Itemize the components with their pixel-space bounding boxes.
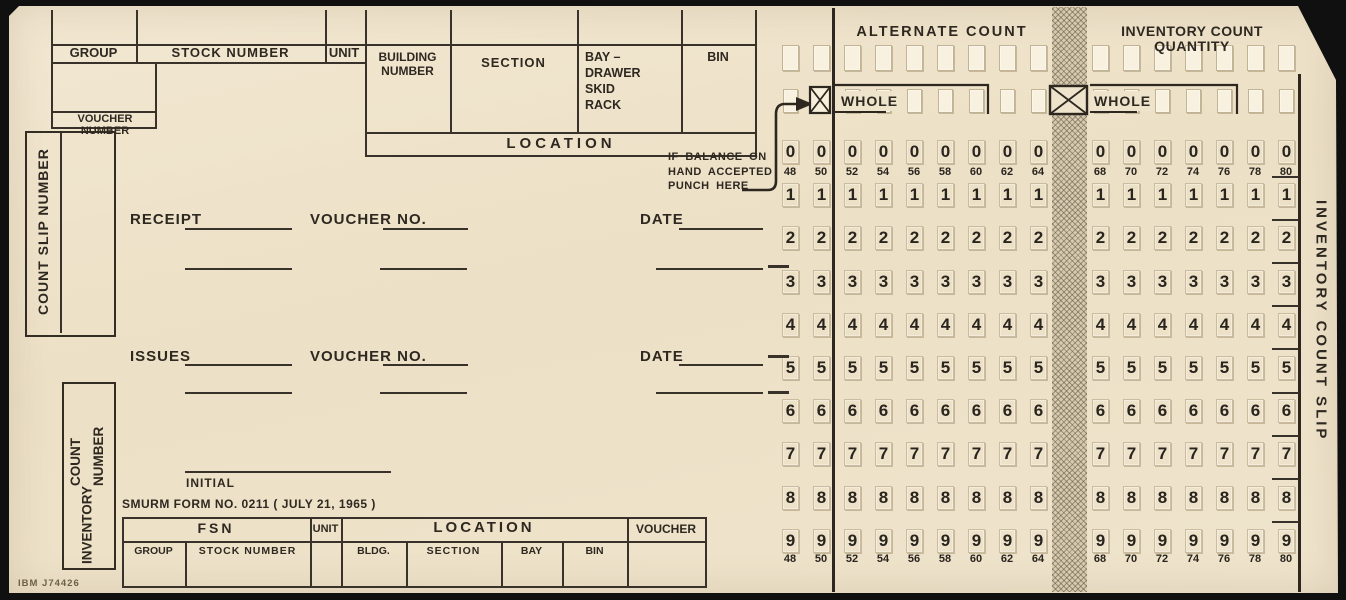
column-number-top-64: 64 (1026, 166, 1050, 178)
punch-cell-58-5: 5 (937, 356, 954, 380)
margin-tick (768, 391, 789, 394)
punch-cell-48-4: 4 (782, 313, 799, 337)
punch-cell-48-8: 8 (782, 486, 799, 510)
punch-cell-62-7: 7 (999, 442, 1016, 466)
punch-cell-78-1: 1 (1247, 183, 1264, 207)
punch-zone-whole-72 (1155, 89, 1170, 113)
punch-cell-72-2: 2 (1154, 226, 1171, 250)
row-tick (1272, 392, 1299, 394)
column-number-bottom-78: 78 (1243, 553, 1267, 565)
punch-cell-70-4: 4 (1123, 313, 1140, 337)
punch-cell-56-7: 7 (906, 442, 923, 466)
punch-cell-60-0: 0 (968, 140, 985, 164)
whole-label-left: WHOLE (838, 91, 901, 111)
voucher-number-label: VOUCHER NUMBER (53, 113, 157, 137)
inventory-count-number-title: INVENTORYCOUNT NUMBER (64, 384, 110, 564)
punch-cell-80-4: 4 (1278, 313, 1295, 337)
punch-cell-72-7: 7 (1154, 442, 1171, 466)
punch-cell-76-8: 8 (1216, 486, 1233, 510)
punch-cell-62-6: 6 (999, 399, 1016, 423)
column-number-top-76: 76 (1212, 166, 1236, 178)
punch-cell-68-3: 3 (1092, 270, 1109, 294)
punch-cell-72-9: 9 (1154, 529, 1171, 553)
scanned-punch-card-page: GROUP STOCK NUMBER UNIT VOUCHER NUMBER B… (0, 0, 1346, 600)
punch-cell-64-8: 8 (1030, 486, 1047, 510)
punch-cell-52-6: 6 (844, 399, 861, 423)
punch-cell-80-7: 7 (1278, 442, 1295, 466)
punch-cell-74-7: 7 (1185, 442, 1202, 466)
punch-cell-62-4: 4 (999, 313, 1016, 337)
punch-cell-68-0: 0 (1092, 140, 1109, 164)
punch-cell-80-0: 0 (1278, 140, 1295, 164)
punch-cell-54-6: 6 (875, 399, 892, 423)
punch-cell-70-2: 2 (1123, 226, 1140, 250)
punch-zone-top-48 (782, 45, 799, 71)
punch-cell-76-5: 5 (1216, 356, 1233, 380)
column-number-bottom-70: 70 (1119, 553, 1143, 565)
punch-cell-52-1: 1 (844, 183, 861, 207)
punch-cell-58-7: 7 (937, 442, 954, 466)
punch-cell-68-7: 7 (1092, 442, 1109, 466)
punch-cell-52-9: 9 (844, 529, 861, 553)
footer-bay-label: BAY (501, 546, 562, 558)
column-number-bottom-52: 52 (840, 553, 864, 565)
punch-cell-54-9: 9 (875, 529, 892, 553)
row-tick (1272, 219, 1299, 221)
inventory-count-slip-title: INVENTORY COUNT SLIP (1303, 200, 1337, 450)
punch-cell-70-7: 7 (1123, 442, 1140, 466)
punch-cell-78-8: 8 (1247, 486, 1264, 510)
punch-zone-whole-62 (1000, 89, 1015, 113)
column-number-top-74: 74 (1181, 166, 1205, 178)
punch-cell-68-6: 6 (1092, 399, 1109, 423)
punch-cell-68-8: 8 (1092, 486, 1109, 510)
row-tick (1272, 521, 1299, 523)
column-number-bottom-56: 56 (902, 553, 926, 565)
punch-cell-64-7: 7 (1030, 442, 1047, 466)
punch-cell-68-4: 4 (1092, 313, 1109, 337)
punch-cell-76-9: 9 (1216, 529, 1233, 553)
punch-cell-74-9: 9 (1185, 529, 1202, 553)
punch-cell-60-3: 3 (968, 270, 985, 294)
punch-cell-58-1: 1 (937, 183, 954, 207)
punch-cell-76-0: 0 (1216, 140, 1233, 164)
punch-cell-58-3: 3 (937, 270, 954, 294)
punch-cell-48-1: 1 (782, 183, 799, 207)
footer-bldg-label: BLDG. (341, 546, 406, 558)
punch-cell-78-7: 7 (1247, 442, 1264, 466)
punch-cell-80-3: 3 (1278, 270, 1295, 294)
punch-cell-76-2: 2 (1216, 226, 1233, 250)
manufacturer-code: IBM J74426 (18, 579, 80, 589)
issues-date-label: DATE (640, 349, 684, 366)
punch-cell-62-1: 1 (999, 183, 1016, 207)
punch-cell-60-7: 7 (968, 442, 985, 466)
inventory-count-quantity-title: INVENTORY COUNT QUANTITY (1088, 24, 1296, 55)
punch-cell-56-6: 6 (906, 399, 923, 423)
punch-cell-50-0: 0 (813, 140, 830, 164)
punch-cell-72-4: 4 (1154, 313, 1171, 337)
footer-stock-number-label: STOCK NUMBER (185, 546, 310, 558)
punch-cell-76-6: 6 (1216, 399, 1233, 423)
column-number-top-52: 52 (840, 166, 864, 178)
footer-section-label: SECTION (406, 546, 501, 558)
punch-zone-top-60 (968, 45, 985, 71)
punch-cell-64-5: 5 (1030, 356, 1047, 380)
punch-cell-50-5: 5 (813, 356, 830, 380)
punch-cell-56-0: 0 (906, 140, 923, 164)
punch-cell-74-8: 8 (1185, 486, 1202, 510)
punch-cell-74-6: 6 (1185, 399, 1202, 423)
punch-cell-70-8: 8 (1123, 486, 1140, 510)
punch-cell-68-9: 9 (1092, 529, 1109, 553)
column-number-bottom-48: 48 (778, 553, 802, 565)
punch-zone-whole-78 (1248, 89, 1263, 113)
column-number-bottom-54: 54 (871, 553, 895, 565)
punch-cell-64-9: 9 (1030, 529, 1047, 553)
receipt-voucher-no-label: VOUCHER NO. (310, 212, 427, 229)
punch-cell-80-1: 1 (1278, 183, 1295, 207)
punch-cell-70-3: 3 (1123, 270, 1140, 294)
punch-cell-64-1: 1 (1030, 183, 1047, 207)
column-number-top-72: 72 (1150, 166, 1174, 178)
punch-zone-whole-80 (1279, 89, 1294, 113)
column-number-top-62: 62 (995, 166, 1019, 178)
punch-cell-70-9: 9 (1123, 529, 1140, 553)
punch-cell-60-6: 6 (968, 399, 985, 423)
punch-cell-58-8: 8 (937, 486, 954, 510)
punch-zone-top-56 (906, 45, 923, 71)
punch-cell-68-5: 5 (1092, 356, 1109, 380)
building-number-label: BUILDING NUMBER (365, 50, 450, 78)
column-number-bottom-74: 74 (1181, 553, 1205, 565)
punch-zone-whole-76 (1217, 89, 1232, 113)
punch-cell-70-5: 5 (1123, 356, 1140, 380)
punch-zone-whole-50 (814, 89, 829, 113)
punch-cell-72-5: 5 (1154, 356, 1171, 380)
punch-cell-76-1: 1 (1216, 183, 1233, 207)
punch-cell-72-1: 1 (1154, 183, 1171, 207)
punch-cell-58-9: 9 (937, 529, 954, 553)
punch-cell-50-3: 3 (813, 270, 830, 294)
footer-location-label: LOCATION (341, 520, 627, 537)
footer-bin-label: BIN (562, 546, 627, 558)
punch-zone-whole-58 (938, 89, 953, 113)
column-number-bottom-64: 64 (1026, 553, 1050, 565)
punch-cell-48-5: 5 (782, 356, 799, 380)
punch-cell-78-2: 2 (1247, 226, 1264, 250)
punch-zone-top-54 (875, 45, 892, 71)
header-stock-number-label: STOCK NUMBER (136, 46, 325, 60)
punch-zone-top-50 (813, 45, 830, 71)
punch-cell-62-0: 0 (999, 140, 1016, 164)
punch-cell-64-3: 3 (1030, 270, 1047, 294)
punch-cell-80-2: 2 (1278, 226, 1295, 250)
column-number-bottom-80: 80 (1274, 553, 1298, 565)
punch-cell-56-3: 3 (906, 270, 923, 294)
whole-label-right: WHOLE (1091, 91, 1154, 111)
row-tick (1272, 435, 1299, 437)
punch-cell-74-3: 3 (1185, 270, 1202, 294)
punch-cell-72-3: 3 (1154, 270, 1171, 294)
punch-cell-52-8: 8 (844, 486, 861, 510)
punch-cell-56-5: 5 (906, 356, 923, 380)
punch-cell-58-2: 2 (937, 226, 954, 250)
footer-voucher-label: VOUCHER (627, 523, 705, 536)
punch-cell-64-4: 4 (1030, 313, 1047, 337)
punch-cell-54-1: 1 (875, 183, 892, 207)
punch-cell-80-6: 6 (1278, 399, 1295, 423)
punch-zone-whole-56 (907, 89, 922, 113)
punch-cell-78-6: 6 (1247, 399, 1264, 423)
punch-cell-78-9: 9 (1247, 529, 1264, 553)
column-number-top-54: 54 (871, 166, 895, 178)
row-tick (1272, 305, 1299, 307)
balance-punch-annotation: IF BALANCE ON HAND ACCEPTED PUNCH HERE (668, 150, 772, 194)
punch-cell-56-1: 1 (906, 183, 923, 207)
punch-cell-52-7: 7 (844, 442, 861, 466)
punch-cell-72-8: 8 (1154, 486, 1171, 510)
punch-cell-70-1: 1 (1123, 183, 1140, 207)
punch-cell-58-6: 6 (937, 399, 954, 423)
punch-zone-top-58 (937, 45, 954, 71)
punch-cell-54-2: 2 (875, 226, 892, 250)
count-slip-number-title: COUNT SLIP NUMBER (27, 133, 60, 331)
punch-cell-56-2: 2 (906, 226, 923, 250)
margin-tick (768, 355, 789, 358)
punch-cell-48-2: 2 (782, 226, 799, 250)
punch-cell-52-5: 5 (844, 356, 861, 380)
punch-cell-58-4: 4 (937, 313, 954, 337)
column-number-top-70: 70 (1119, 166, 1143, 178)
punch-cell-60-8: 8 (968, 486, 985, 510)
punch-cell-50-1: 1 (813, 183, 830, 207)
column-number-top-56: 56 (902, 166, 926, 178)
punch-cell-48-3: 3 (782, 270, 799, 294)
punch-cell-70-0: 0 (1123, 140, 1140, 164)
column-number-bottom-58: 58 (933, 553, 957, 565)
punch-cell-76-4: 4 (1216, 313, 1233, 337)
punch-cell-76-3: 3 (1216, 270, 1233, 294)
punch-cell-64-6: 6 (1030, 399, 1047, 423)
punch-cell-48-6: 6 (782, 399, 799, 423)
column-number-top-68: 68 (1088, 166, 1112, 178)
column-number-top-60: 60 (964, 166, 988, 178)
punch-cell-64-2: 2 (1030, 226, 1047, 250)
punch-cell-78-0: 0 (1247, 140, 1264, 164)
header-unit-label: UNIT (323, 46, 365, 60)
header-group-label: GROUP (51, 46, 136, 60)
punch-cell-48-9: 9 (782, 529, 799, 553)
punch-cell-48-0: 0 (782, 140, 799, 164)
punch-cell-54-8: 8 (875, 486, 892, 510)
punch-cell-60-2: 2 (968, 226, 985, 250)
punch-cell-52-3: 3 (844, 270, 861, 294)
punch-zone-top-52 (844, 45, 861, 71)
column-number-bottom-60: 60 (964, 553, 988, 565)
punch-cell-56-4: 4 (906, 313, 923, 337)
punch-cell-50-6: 6 (813, 399, 830, 423)
punch-cell-58-0: 0 (937, 140, 954, 164)
punch-cell-72-0: 0 (1154, 140, 1171, 164)
footer-unit-label: UNIT (310, 523, 341, 535)
bin-label: BIN (681, 51, 755, 65)
punch-cell-74-4: 4 (1185, 313, 1202, 337)
inventory-count-number-line1: INVENTORY (76, 486, 99, 564)
punch-cell-74-0: 0 (1185, 140, 1202, 164)
issues-voucher-no-label: VOUCHER NO. (310, 349, 427, 366)
punch-zone-whole-64 (1031, 89, 1046, 113)
footer-group-label: GROUP (122, 546, 185, 558)
punch-field-divider-rule (832, 8, 835, 592)
punch-cell-54-3: 3 (875, 270, 892, 294)
punch-cell-50-9: 9 (813, 529, 830, 553)
punch-cell-60-5: 5 (968, 356, 985, 380)
inventory-count-number-line2: COUNT NUMBER (64, 384, 110, 486)
column-number-top-58: 58 (933, 166, 957, 178)
column-number-bottom-50: 50 (809, 553, 833, 565)
initial-label: INITIAL (186, 477, 235, 490)
bay-drawer-skid-rack-label: BAY – DRAWER SKID RACK (585, 49, 641, 113)
punch-zone-whole-48 (783, 89, 798, 113)
footer-fsn-label: FSN (122, 521, 310, 536)
punch-cell-50-7: 7 (813, 442, 830, 466)
margin-tick (768, 265, 789, 268)
punch-cell-56-8: 8 (906, 486, 923, 510)
punch-cell-60-4: 4 (968, 313, 985, 337)
punch-cell-68-2: 2 (1092, 226, 1109, 250)
punch-cell-60-1: 1 (968, 183, 985, 207)
punch-cell-78-4: 4 (1247, 313, 1264, 337)
column-number-top-78: 78 (1243, 166, 1267, 178)
receipt-label: RECEIPT (130, 212, 202, 229)
punch-cell-74-1: 1 (1185, 183, 1202, 207)
punch-cell-62-9: 9 (999, 529, 1016, 553)
receipt-date-label: DATE (640, 212, 684, 229)
punch-cell-62-2: 2 (999, 226, 1016, 250)
punch-cell-54-5: 5 (875, 356, 892, 380)
punch-cell-62-3: 3 (999, 270, 1016, 294)
punch-cell-50-4: 4 (813, 313, 830, 337)
punch-cell-74-2: 2 (1185, 226, 1202, 250)
punch-cell-56-9: 9 (906, 529, 923, 553)
column-number-bottom-72: 72 (1150, 553, 1174, 565)
column-number-bottom-76: 76 (1212, 553, 1236, 565)
column-number-bottom-68: 68 (1088, 553, 1112, 565)
row-tick (1272, 176, 1299, 178)
punch-zone-top-62 (999, 45, 1016, 71)
column-number-top-50: 50 (809, 166, 833, 178)
row-tick (1272, 478, 1299, 480)
punch-cell-80-8: 8 (1278, 486, 1295, 510)
section-label: SECTION (450, 56, 577, 70)
punch-cell-60-9: 9 (968, 529, 985, 553)
punch-cell-76-7: 7 (1216, 442, 1233, 466)
punch-cell-52-2: 2 (844, 226, 861, 250)
punch-field-right-rule (1298, 74, 1301, 592)
punch-cell-78-5: 5 (1247, 356, 1264, 380)
punch-cell-54-0: 0 (875, 140, 892, 164)
punch-cell-80-9: 9 (1278, 529, 1295, 553)
form-number-label: SMURM FORM NO. 0211 ( JULY 21, 1965 ) (122, 498, 376, 511)
punch-cell-50-2: 2 (813, 226, 830, 250)
punch-cell-52-4: 4 (844, 313, 861, 337)
issues-label: ISSUES (130, 349, 191, 366)
punch-zone-whole-60 (969, 89, 984, 113)
punch-zone-top-64 (1030, 45, 1047, 71)
punch-cell-70-6: 6 (1123, 399, 1140, 423)
punch-cell-62-5: 5 (999, 356, 1016, 380)
punch-cell-50-8: 8 (813, 486, 830, 510)
punch-cell-52-0: 0 (844, 140, 861, 164)
punch-cell-54-7: 7 (875, 442, 892, 466)
punch-cell-68-1: 1 (1092, 183, 1109, 207)
row-tick (1272, 348, 1299, 350)
punch-cell-74-5: 5 (1185, 356, 1202, 380)
row-tick (1272, 262, 1299, 264)
punch-cell-54-4: 4 (875, 313, 892, 337)
punch-cell-62-8: 8 (999, 486, 1016, 510)
column-number-top-48: 48 (778, 166, 802, 178)
punch-zone-whole-74 (1186, 89, 1201, 113)
punch-cell-72-6: 6 (1154, 399, 1171, 423)
punch-cell-78-3: 3 (1247, 270, 1264, 294)
alternate-count-title: ALTERNATE COUNT (842, 25, 1042, 41)
punch-cell-64-0: 0 (1030, 140, 1047, 164)
punch-cell-48-7: 7 (782, 442, 799, 466)
punch-cell-80-5: 5 (1278, 356, 1295, 380)
column-number-bottom-62: 62 (995, 553, 1019, 565)
